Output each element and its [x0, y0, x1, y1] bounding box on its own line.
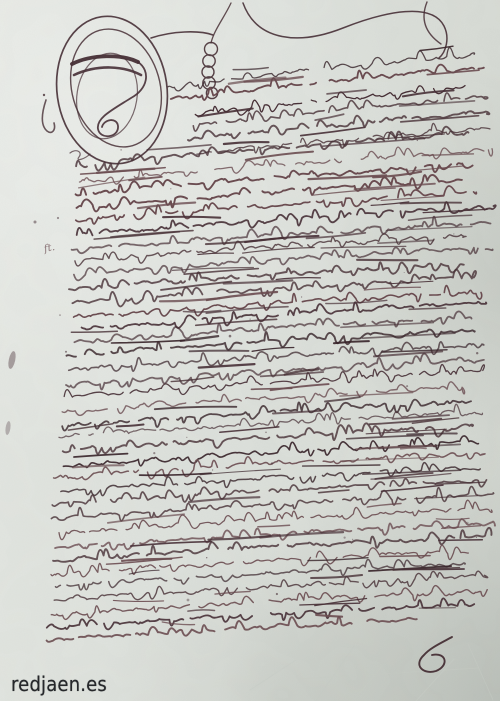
handwriting-line	[147, 145, 211, 150]
ink-speck	[404, 272, 405, 273]
handwriting-line	[51, 487, 493, 521]
handwriting-line	[439, 540, 482, 541]
coil-flourish	[202, 43, 218, 99]
handwriting-line	[47, 617, 427, 642]
paper-crease	[468, 644, 493, 700]
handwriting-line	[74, 286, 482, 318]
ink-speck	[186, 437, 187, 438]
ink-speck	[153, 452, 155, 454]
paper-crease	[416, 659, 454, 701]
paper-creases	[250, 644, 493, 701]
handwriting-line	[206, 307, 288, 314]
handwriting-line	[162, 622, 194, 625]
ink-speck	[406, 385, 408, 387]
ink-speck	[276, 593, 278, 595]
handwriting-line	[163, 217, 220, 218]
handwriting-line	[113, 600, 163, 601]
handwriting-line	[319, 490, 349, 493]
ink-speck	[229, 335, 232, 338]
handwriting-line	[64, 365, 484, 398]
ink-speck	[301, 296, 302, 297]
ink-speck	[453, 233, 455, 235]
ink-speck	[187, 599, 190, 602]
ink-speck	[318, 228, 319, 229]
seal-monogram-stroke	[74, 67, 141, 75]
handwriting-line	[401, 448, 426, 449]
handwriting-line	[422, 154, 473, 156]
handwriting-line	[189, 497, 259, 502]
paper-crease	[300, 668, 478, 679]
handwriting-line	[74, 454, 128, 457]
handwriting-line	[117, 425, 144, 427]
handwriting-line	[54, 571, 488, 601]
handwriting-line	[155, 407, 237, 410]
handwriting-line	[190, 351, 249, 352]
handwriting-line	[252, 348, 294, 352]
handwriting-line	[66, 354, 484, 390]
handwriting-line	[303, 465, 380, 466]
handwriting-line	[188, 610, 215, 611]
ink-speck	[34, 221, 37, 224]
handwriting-line	[436, 518, 469, 519]
handwriting-line	[409, 308, 446, 309]
handwriting-line	[224, 280, 293, 283]
coil-loop	[205, 43, 218, 56]
paper-crease	[316, 646, 354, 701]
ink-speck	[212, 469, 213, 470]
left-quill-dot	[43, 94, 45, 96]
left-quill-mark	[42, 100, 54, 132]
ink-speck	[206, 557, 207, 558]
marginal-note: ft.	[43, 242, 56, 255]
ink-speck	[59, 314, 60, 315]
handwriting-line	[300, 603, 360, 605]
handwriting-line	[81, 168, 166, 175]
handwriting-line	[407, 433, 457, 434]
coil-loop	[203, 55, 215, 67]
ink-speck	[476, 352, 478, 354]
handwriting-line	[316, 615, 342, 617]
ink-speck	[65, 351, 67, 353]
handwriting-line	[311, 575, 362, 578]
handwriting-line	[321, 246, 406, 248]
ink-speck	[476, 537, 477, 538]
ink-speck	[451, 535, 453, 537]
handwriting-line	[71, 331, 117, 332]
ink-speck	[250, 319, 251, 320]
handwriting-line	[243, 248, 315, 254]
handwriting-line	[378, 240, 434, 243]
seal-outer-ring	[47, 9, 177, 171]
handwriting-line	[129, 570, 159, 574]
handwriting-line	[198, 253, 234, 254]
handwriting-line	[409, 215, 472, 220]
ink-speck	[265, 432, 267, 434]
ink-smudge	[5, 421, 12, 436]
ink-speck	[170, 188, 171, 189]
ink-smudge	[7, 351, 17, 370]
handwriting-line	[69, 262, 468, 290]
handwriting-line	[301, 127, 365, 135]
handwriting-line	[364, 287, 420, 290]
handwriting-line	[340, 393, 413, 397]
manuscript-photo: ft. redjaen.es	[0, 0, 500, 701]
ink-speck	[365, 267, 367, 269]
ink-speck	[344, 537, 346, 539]
handwriting-line	[258, 525, 290, 527]
handwriting-line	[341, 323, 434, 328]
handwriting-line	[327, 90, 366, 94]
handwriting-line	[400, 203, 461, 204]
handwriting-line	[367, 504, 401, 508]
handwriting-line	[233, 68, 268, 70]
handwriting-line	[315, 114, 343, 120]
ink-speck	[271, 462, 273, 464]
handwriting-line	[419, 608, 455, 609]
handwriting-line	[224, 142, 269, 144]
handwriting-line	[381, 196, 443, 200]
top-flourish-sweep	[243, 3, 447, 58]
seal-flourish	[42, 9, 176, 171]
handwriting-line	[111, 231, 193, 237]
handwriting-line	[271, 384, 329, 390]
handwriting-line	[347, 435, 423, 438]
ink-speck	[417, 140, 418, 141]
top-flourish-stroke	[424, 2, 441, 44]
opening-line-overstroke	[151, 32, 213, 38]
handwriting-line	[82, 302, 487, 330]
ink-speck	[466, 522, 468, 524]
handwriting-line	[325, 397, 360, 401]
ink-speck	[57, 217, 59, 219]
ink-speck	[352, 539, 353, 540]
seal-inner-ring	[71, 49, 144, 143]
watermark: redjaen.es	[11, 672, 107, 696]
handwriting-line	[73, 465, 124, 467]
handwriting-svg	[0, 0, 500, 701]
handwriting-line	[47, 598, 474, 629]
handwriting-line	[199, 364, 255, 368]
handwriting-line	[276, 278, 320, 280]
handwriting-line	[112, 340, 185, 343]
handwriting-line	[220, 427, 279, 432]
handwriting-line	[380, 556, 430, 557]
handwriting-line	[308, 558, 368, 561]
coil-entry-stroke	[211, 3, 231, 43]
paper-crease	[353, 654, 392, 701]
paper-crease	[250, 660, 296, 690]
handwriting-line	[63, 436, 478, 468]
ink-speck	[120, 149, 121, 150]
